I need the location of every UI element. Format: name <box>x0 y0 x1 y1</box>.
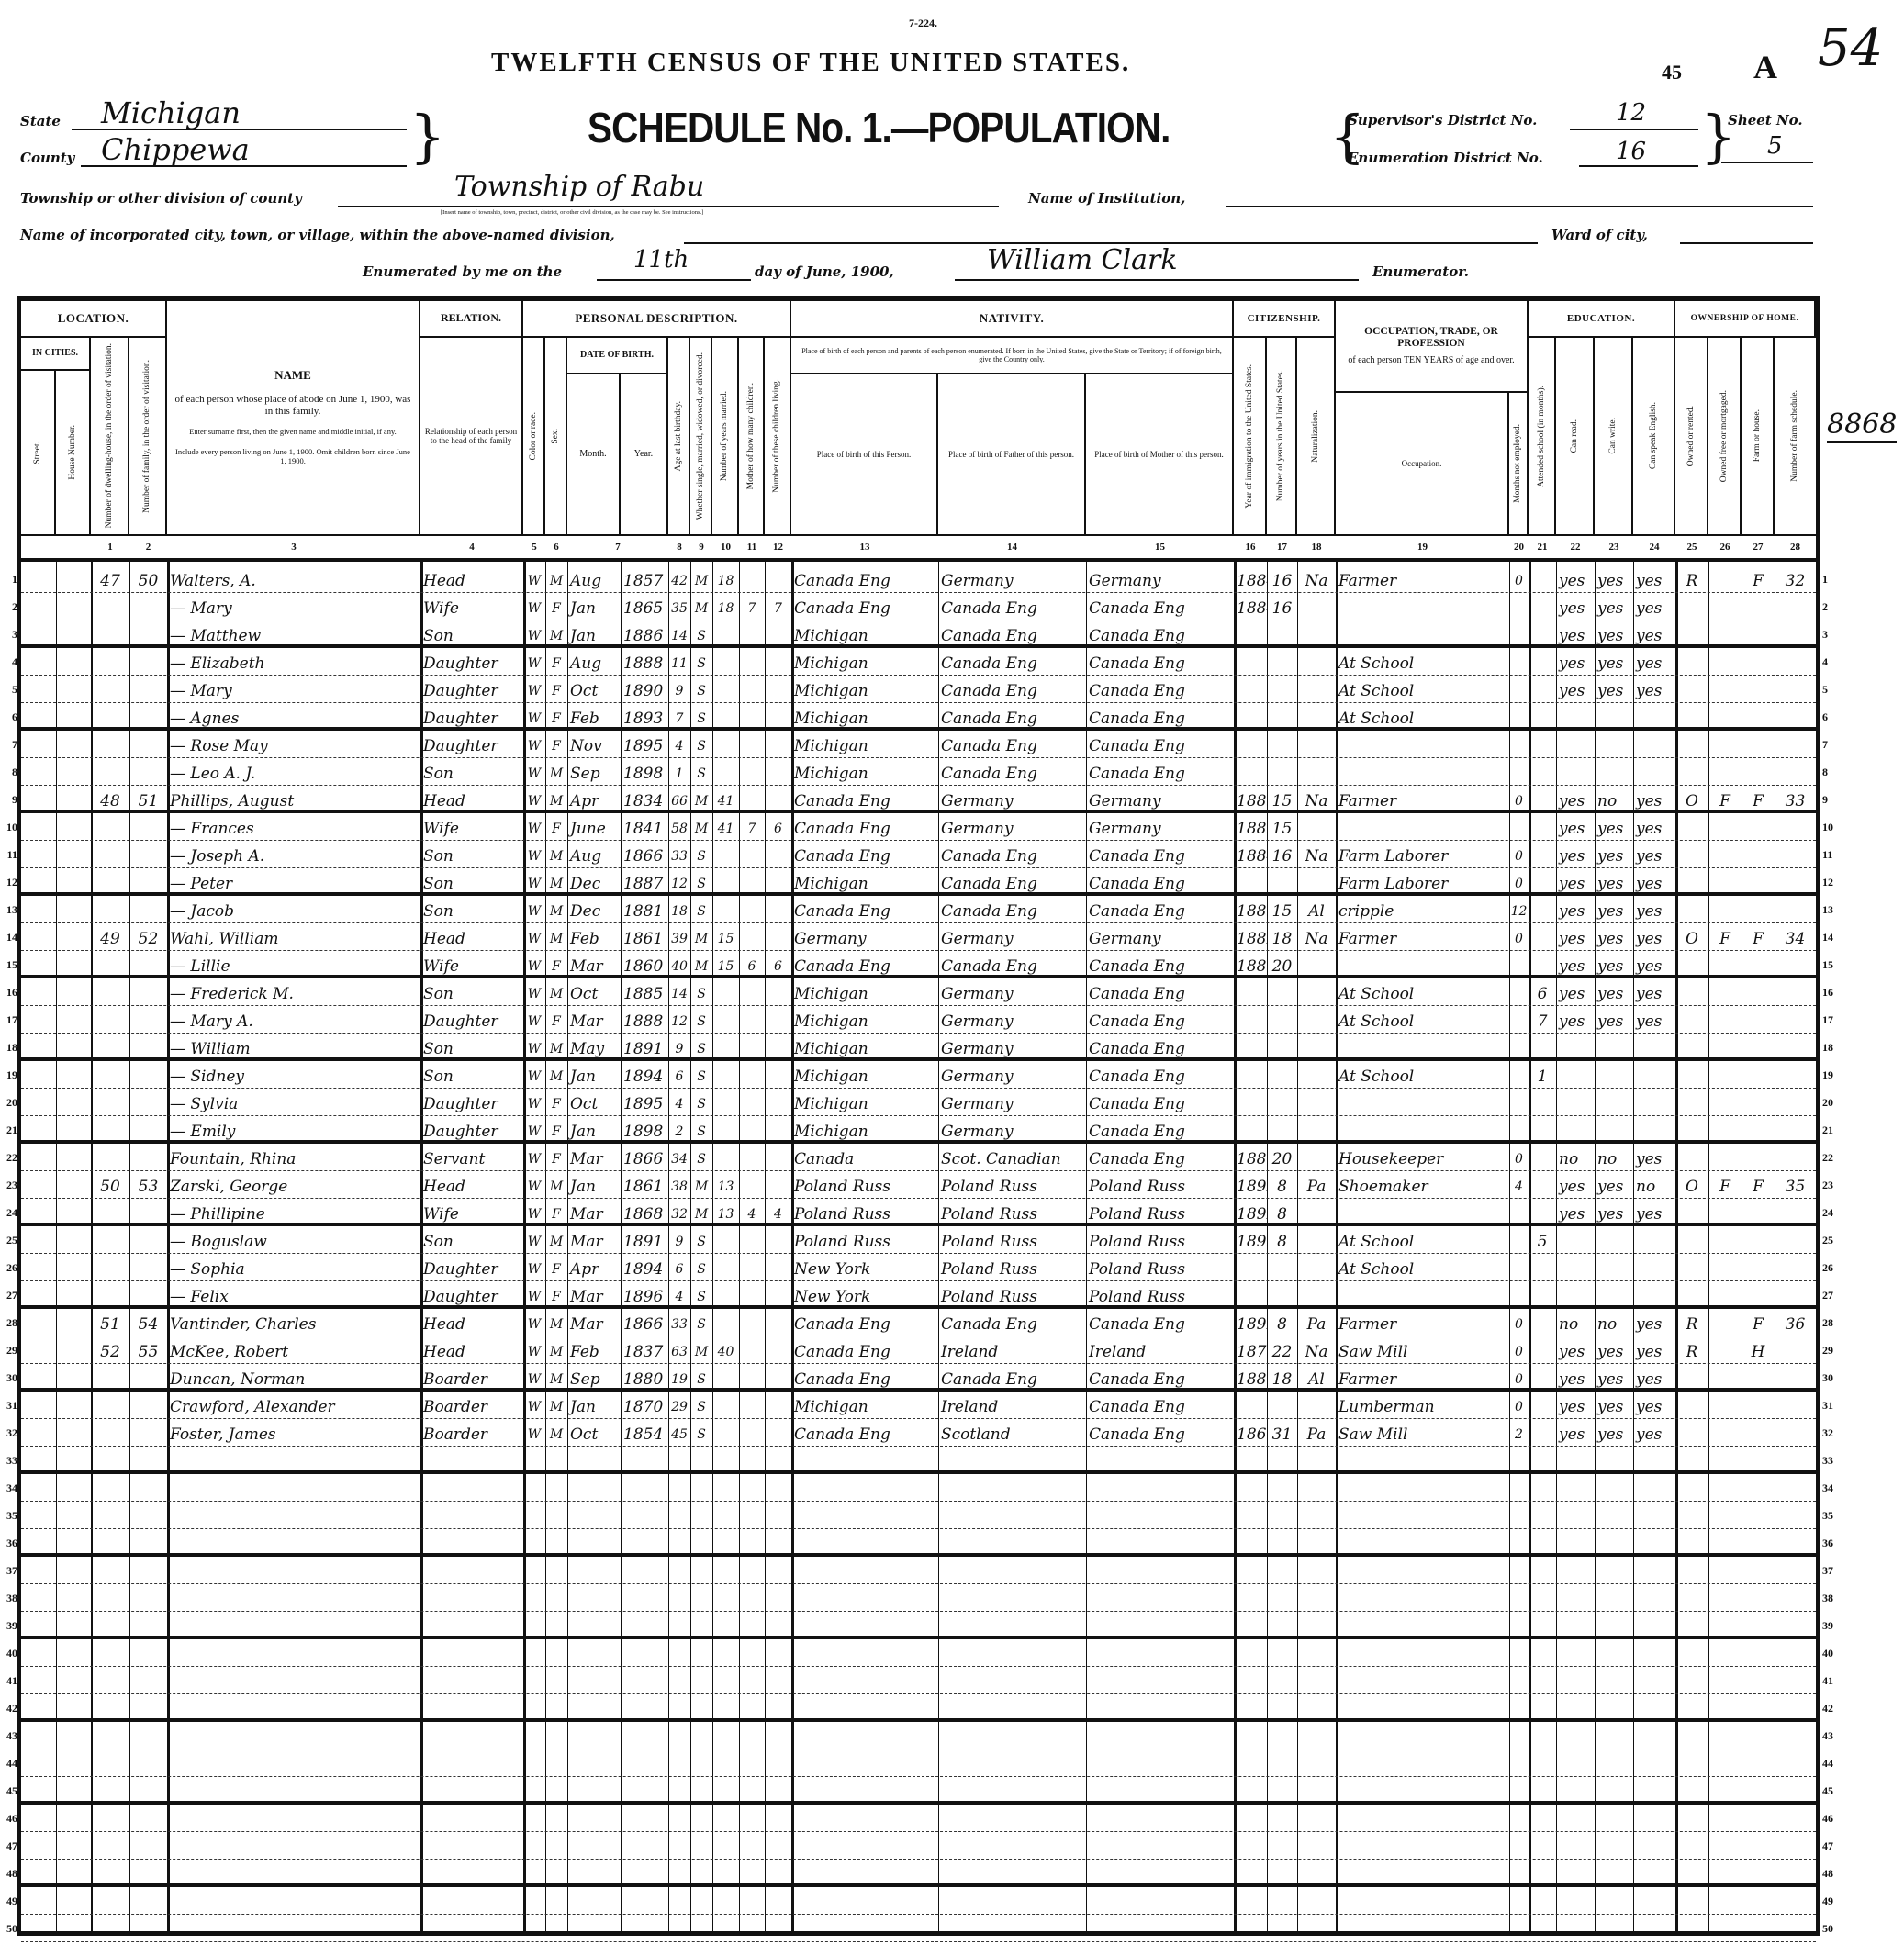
birth-month-cell: Oct <box>567 1419 621 1447</box>
line-number-right: 44 <box>1822 1749 1841 1778</box>
can-write-cell <box>1595 1034 1633 1061</box>
years-in-us-cell <box>1267 1061 1297 1089</box>
years-in-us-cell <box>1267 703 1297 731</box>
family-number-cell <box>129 703 167 731</box>
children-born-cell <box>739 1336 765 1364</box>
years-in-us-cell: 18 <box>1267 1364 1297 1392</box>
age-cell: 4 <box>668 1281 690 1309</box>
owned-rented-cell <box>1675 1667 1708 1694</box>
enumeration-rule <box>1579 165 1698 167</box>
school-months-cell <box>1529 1694 1556 1722</box>
birth-month-cell <box>567 1722 621 1749</box>
table-row: 1919— SidneySonWMJan18946SMichiganGerman… <box>21 1061 1816 1089</box>
can-read-cell: yes <box>1556 1364 1595 1392</box>
birth-year-cell <box>621 1722 668 1749</box>
mother-birthplace-cell <box>1086 1612 1234 1639</box>
years-married-cell <box>712 1144 739 1171</box>
immigration-year-cell: 1885 <box>1234 896 1267 923</box>
children-living-cell <box>765 786 791 813</box>
birth-year-cell: 1896 <box>621 1281 668 1309</box>
children-born-cell <box>739 1777 765 1805</box>
line-number-right: 14 <box>1822 923 1841 952</box>
occupation-cell <box>1336 1667 1509 1694</box>
children-born-cell <box>739 1364 765 1392</box>
years-married-cell <box>712 1061 739 1089</box>
free-mortgaged-cell <box>1708 978 1742 1006</box>
line-number-left: 13 <box>5 896 17 924</box>
farm-house-cell <box>1742 1199 1775 1226</box>
years-married-cell: 41 <box>712 813 739 841</box>
immigration-year-cell <box>1234 1529 1267 1557</box>
farm-schedule-cell <box>1775 1199 1816 1226</box>
farm-schedule-cell <box>1775 1502 1816 1529</box>
children-born-cell: 7 <box>739 593 765 620</box>
can-write-cell <box>1595 1089 1633 1116</box>
birth-year-cell <box>621 1694 668 1722</box>
ward-label: Ward of city, <box>1551 227 1648 243</box>
family-number-cell <box>129 1199 167 1226</box>
marital-status-cell: S <box>690 1061 712 1089</box>
occupation-cell <box>1336 1529 1509 1557</box>
occupation-cell: Farmer <box>1336 565 1509 593</box>
color-cell: W <box>523 1116 545 1144</box>
school-months-cell <box>1529 1171 1556 1199</box>
col-english: Can speak English. <box>1633 338 1675 536</box>
speaks-english-cell: yes <box>1633 1392 1675 1419</box>
birth-month-cell: Mar <box>567 1281 621 1309</box>
mother-birthplace-cell <box>1086 1639 1234 1667</box>
can-read-cell <box>1556 1584 1595 1612</box>
person-name-cell: — Mary <box>167 593 420 620</box>
farm-schedule-cell <box>1775 951 1816 978</box>
school-months-cell <box>1529 1749 1556 1777</box>
table-row: 994851Phillips, AugustHeadWMApr183466M41… <box>21 786 1816 813</box>
immigration-year-cell <box>1234 758 1267 786</box>
birth-month-cell: Mar <box>567 1144 621 1171</box>
children-born-cell: 4 <box>739 1199 765 1226</box>
farm-schedule-cell: 35 <box>1775 1171 1816 1199</box>
age-cell: 12 <box>668 1006 690 1034</box>
occupation-cell <box>1336 1502 1509 1529</box>
marital-status-cell <box>690 1805 712 1832</box>
naturalization-cell <box>1297 1199 1336 1226</box>
can-write-cell: yes <box>1595 1336 1633 1364</box>
occupation-cell: At School <box>1336 978 1509 1006</box>
relation-cell <box>420 1722 523 1749</box>
father-birthplace-cell <box>938 1584 1086 1612</box>
line-number-right: 26 <box>1822 1254 1841 1282</box>
farm-schedule-cell <box>1775 1061 1816 1089</box>
naturalization-cell <box>1297 1887 1336 1915</box>
years-in-us-cell <box>1267 1529 1297 1557</box>
naturalization-cell <box>1297 1144 1336 1171</box>
table-row: 3131Crawford, AlexanderBoarderWMJan18702… <box>21 1392 1816 1419</box>
relation-cell <box>420 1749 523 1777</box>
years-married-cell <box>712 758 739 786</box>
family-number-cell <box>129 1667 167 1694</box>
dwelling-number-cell <box>91 1281 129 1309</box>
birth-month-cell: Sep <box>567 758 621 786</box>
father-birthplace-cell: Poland Russ <box>938 1226 1086 1254</box>
birth-month-cell: Jan <box>567 1061 621 1089</box>
years-in-us-cell: 15 <box>1267 813 1297 841</box>
speaks-english-cell: yes <box>1633 1336 1675 1364</box>
can-read-cell <box>1556 1722 1595 1749</box>
birth-month-cell: Aug <box>567 565 621 593</box>
table-row: 114750Walters, A.HeadWMAug185742M18Canad… <box>21 565 1816 593</box>
months-unemployed-cell: 0 <box>1509 1336 1529 1364</box>
farm-house-cell: F <box>1742 923 1775 951</box>
column-number-row: 1 2 3 4 5 6 7 8 9 10 11 12 13 14 15 16 1… <box>21 536 1816 562</box>
col-read: Can read. <box>1556 338 1595 536</box>
sex-cell: F <box>545 648 567 676</box>
birth-year-cell <box>621 1832 668 1860</box>
birth-year-cell <box>621 1887 668 1915</box>
group-personal-description: PERSONAL DESCRIPTION. <box>523 301 791 338</box>
free-mortgaged-cell <box>1708 1667 1742 1694</box>
mother-birthplace-cell: Poland Russ <box>1086 1171 1234 1199</box>
relation-cell: Head <box>420 923 523 951</box>
children-living-cell <box>765 1226 791 1254</box>
birth-year-cell: 1866 <box>621 1144 668 1171</box>
mother-birthplace-cell <box>1086 1749 1234 1777</box>
township-label: Township or other division of county <box>20 190 302 207</box>
can-write-cell: no <box>1595 1144 1633 1171</box>
color-cell <box>523 1612 545 1639</box>
school-months-cell <box>1529 731 1556 758</box>
occupation-cell <box>1336 1557 1509 1584</box>
color-cell: W <box>523 758 545 786</box>
school-months-cell <box>1529 1474 1556 1502</box>
school-months-cell <box>1529 1364 1556 1392</box>
table-row: 1818— WilliamSonWMMay18919SMichiganGerma… <box>21 1034 1816 1061</box>
months-unemployed-cell <box>1509 593 1529 620</box>
months-unemployed-cell: 0 <box>1509 868 1529 896</box>
birth-month-cell: Apr <box>567 1254 621 1281</box>
naturalization-cell <box>1297 1447 1336 1474</box>
table-row: 2626— SophiaDaughterWFApr18946SNew YorkP… <box>21 1254 1816 1281</box>
children-living-cell <box>765 1034 791 1061</box>
can-write-cell: yes <box>1595 923 1633 951</box>
birth-month-cell <box>567 1474 621 1502</box>
speaks-english-cell: yes <box>1633 923 1675 951</box>
group-education: EDUCATION. <box>1529 301 1675 338</box>
birth-year-cell: 1894 <box>621 1061 668 1089</box>
can-write-cell: yes <box>1595 813 1633 841</box>
owned-rented-cell <box>1675 1447 1708 1474</box>
table-row: 3030Duncan, NormanBoarderWMSep188019SCan… <box>21 1364 1816 1392</box>
col-farm-schedule: Number of farm schedule. <box>1775 338 1816 536</box>
person-name-cell: — Rose May <box>167 731 420 758</box>
sheet-label: Sheet No. <box>1728 112 1803 129</box>
relation-cell: Boarder <box>420 1364 523 1392</box>
mother-birthplace-cell: Canada Eng <box>1086 703 1234 731</box>
age-cell: 4 <box>668 1089 690 1116</box>
father-birthplace-cell: Canada Eng <box>938 620 1086 648</box>
table-row: 2121— EmilyDaughterWFJan18982SMichiganGe… <box>21 1116 1816 1144</box>
birth-month-cell <box>567 1805 621 1832</box>
family-number-cell <box>129 1502 167 1529</box>
father-birthplace-cell <box>938 1722 1086 1749</box>
col-name: NAME of each person whose place of abode… <box>167 301 420 536</box>
age-cell: 38 <box>668 1171 690 1199</box>
relation-cell <box>420 1777 523 1805</box>
can-write-cell <box>1595 1557 1633 1584</box>
person-name-cell: Vantinder, Charles <box>167 1309 420 1336</box>
months-unemployed-cell <box>1509 758 1529 786</box>
relation-cell: Son <box>420 868 523 896</box>
children-born-cell <box>739 703 765 731</box>
speaks-english-cell: yes <box>1633 841 1675 868</box>
children-living-cell: 6 <box>765 813 791 841</box>
person-name-cell <box>167 1557 420 1584</box>
school-months-cell <box>1529 896 1556 923</box>
naturalization-cell: Pa <box>1297 1419 1336 1447</box>
father-birthplace-cell <box>938 1667 1086 1694</box>
months-unemployed-cell <box>1509 1860 1529 1887</box>
table-row: 29295255McKee, RobertHeadWMFeb183763M40C… <box>21 1336 1816 1364</box>
can-read-cell: yes <box>1556 676 1595 703</box>
color-cell: W <box>523 1364 545 1392</box>
color-cell <box>523 1639 545 1667</box>
school-months-cell <box>1529 813 1556 841</box>
marital-status-cell: M <box>690 1199 712 1226</box>
immigration-year-cell: 1882 <box>1234 923 1267 951</box>
marital-status-cell: S <box>690 1116 712 1144</box>
birthplace-cell <box>791 1447 938 1474</box>
years-in-us-cell <box>1267 1777 1297 1805</box>
mother-birthplace-cell <box>1086 1860 1234 1887</box>
mother-birthplace-cell: Canada Eng <box>1086 868 1234 896</box>
father-birthplace-cell: Canada Eng <box>938 1364 1086 1392</box>
birthplace-cell: Canada Eng <box>791 786 938 813</box>
years-married-cell <box>712 620 739 648</box>
mother-birthplace-cell <box>1086 1584 1234 1612</box>
birth-year-cell: 1891 <box>621 1226 668 1254</box>
years-in-us-cell <box>1267 868 1297 896</box>
sex-cell: F <box>545 951 567 978</box>
family-number-cell <box>129 1860 167 1887</box>
color-cell: W <box>523 1226 545 1254</box>
occupation-cell: Shoemaker <box>1336 1171 1509 1199</box>
can-read-cell <box>1556 1034 1595 1061</box>
owned-rented-cell <box>1675 593 1708 620</box>
years-married-cell <box>712 1887 739 1915</box>
line-number-left: 2 <box>5 593 17 621</box>
speaks-english-cell <box>1633 1557 1675 1584</box>
father-birthplace-cell: Canada Eng <box>938 731 1086 758</box>
occupation-cell: Housekeeper <box>1336 1144 1509 1171</box>
years-in-us-cell: 31 <box>1267 1419 1297 1447</box>
person-name-cell: Crawford, Alexander <box>167 1392 420 1419</box>
col-marital: Whether single, married, widowed, or div… <box>690 338 712 536</box>
school-months-cell <box>1529 1915 1556 1942</box>
farm-house-cell <box>1742 703 1775 731</box>
school-months-cell: 6 <box>1529 978 1556 1006</box>
person-name-cell <box>167 1584 420 1612</box>
family-number-cell <box>129 1089 167 1116</box>
school-months-cell <box>1529 1832 1556 1860</box>
father-birthplace-cell: Canada Eng <box>938 1309 1086 1336</box>
children-living-cell <box>765 758 791 786</box>
occupation-cell: Farm Laborer <box>1336 841 1509 868</box>
occupation-cell <box>1336 1034 1509 1061</box>
occupation-cell <box>1336 1860 1509 1887</box>
speaks-english-cell: yes <box>1633 620 1675 648</box>
dwelling-number-cell <box>91 731 129 758</box>
color-cell: W <box>523 1006 545 1034</box>
months-unemployed-cell <box>1509 1116 1529 1144</box>
months-unemployed-cell <box>1509 978 1529 1006</box>
col-naturalization: Naturalization. <box>1297 338 1336 536</box>
line-number-right: 9 <box>1822 786 1841 814</box>
immigration-year-cell <box>1234 648 1267 676</box>
occupation-cell <box>1336 1887 1509 1915</box>
marital-status-cell <box>690 1722 712 1749</box>
children-born-cell <box>739 1694 765 1722</box>
color-cell <box>523 1447 545 1474</box>
farm-house-cell <box>1742 1860 1775 1887</box>
relation-cell <box>420 1529 523 1557</box>
school-months-cell <box>1529 1584 1556 1612</box>
years-in-us-cell: 8 <box>1267 1226 1297 1254</box>
color-cell <box>523 1887 545 1915</box>
line-number-right: 28 <box>1822 1309 1841 1337</box>
father-birthplace-cell: Poland Russ <box>938 1171 1086 1199</box>
sex-cell <box>545 1447 567 1474</box>
can-read-cell <box>1556 1915 1595 1942</box>
mother-birthplace-cell <box>1086 1694 1234 1722</box>
children-born-cell <box>739 620 765 648</box>
birth-year-cell: 1881 <box>621 896 668 923</box>
immigration-year-cell <box>1234 1281 1267 1309</box>
line-number-right: 21 <box>1822 1116 1841 1145</box>
can-write-cell: yes <box>1595 1392 1633 1419</box>
marital-status-cell <box>690 1915 712 1942</box>
line-number-right: 31 <box>1822 1392 1841 1420</box>
relation-cell: Son <box>420 896 523 923</box>
can-write-cell: yes <box>1595 593 1633 620</box>
speaks-english-cell <box>1633 1749 1675 1777</box>
immigration-year-cell <box>1234 1034 1267 1061</box>
marital-status-cell <box>690 1667 712 1694</box>
free-mortgaged-cell <box>1708 1254 1742 1281</box>
months-unemployed-cell <box>1509 1557 1529 1584</box>
line-number-right: 37 <box>1822 1557 1841 1585</box>
dwelling-number-cell <box>91 1777 129 1805</box>
years-in-us-cell <box>1267 1584 1297 1612</box>
age-cell <box>668 1887 690 1915</box>
birth-year-cell <box>621 1915 668 1942</box>
family-number-cell: 51 <box>129 786 167 813</box>
can-write-cell <box>1595 1584 1633 1612</box>
naturalization-cell <box>1297 1502 1336 1529</box>
father-birthplace-cell: Germany <box>938 786 1086 813</box>
children-born-cell: 7 <box>739 813 765 841</box>
color-cell: W <box>523 1144 545 1171</box>
color-cell: W <box>523 1281 545 1309</box>
children-born-cell <box>739 731 765 758</box>
col-sex: Sex. <box>545 338 567 536</box>
children-living-cell <box>765 731 791 758</box>
line-number-right: 45 <box>1822 1777 1841 1805</box>
dwelling-number-cell <box>91 1502 129 1529</box>
line-number-right: 46 <box>1822 1805 1841 1833</box>
naturalization-cell <box>1297 1226 1336 1254</box>
person-name-cell <box>167 1777 420 1805</box>
children-born-cell <box>739 1667 765 1694</box>
occupation-cell <box>1336 758 1509 786</box>
sex-cell: F <box>545 1089 567 1116</box>
sex-cell: M <box>545 1034 567 1061</box>
birth-year-cell: 1837 <box>621 1336 668 1364</box>
can-write-cell: no <box>1595 786 1633 813</box>
speaks-english-cell: yes <box>1633 1144 1675 1171</box>
birth-month-cell: Jan <box>567 1116 621 1144</box>
person-name-cell: — Sylvia <box>167 1089 420 1116</box>
naturalization-cell <box>1297 1557 1336 1584</box>
line-number-left: 50 <box>5 1915 17 1943</box>
marital-status-cell <box>690 1447 712 1474</box>
immigration-year-cell <box>1234 1639 1267 1667</box>
mother-birthplace-cell <box>1086 1474 1234 1502</box>
immigration-year-cell <box>1234 676 1267 703</box>
months-unemployed-cell <box>1509 620 1529 648</box>
school-months-cell <box>1529 1419 1556 1447</box>
birth-month-cell: Oct <box>567 1089 621 1116</box>
line-number-left: 26 <box>5 1254 17 1282</box>
mother-birthplace-cell: Canada Eng <box>1086 1144 1234 1171</box>
age-cell <box>668 1612 690 1639</box>
color-cell: W <box>523 1419 545 1447</box>
farm-schedule-cell <box>1775 1034 1816 1061</box>
dwelling-number-cell: 52 <box>91 1336 129 1364</box>
mother-birthplace-cell: Canada Eng <box>1086 1006 1234 1034</box>
immigration-year-cell: 1892 <box>1234 1171 1267 1199</box>
sex-cell: M <box>545 1226 567 1254</box>
immigration-year-cell: 1869 <box>1234 1419 1267 1447</box>
relation-cell: Wife <box>420 951 523 978</box>
school-months-cell <box>1529 593 1556 620</box>
children-living-cell <box>765 1805 791 1832</box>
naturalization-cell <box>1297 676 1336 703</box>
person-name-cell: — Mary A. <box>167 1006 420 1034</box>
can-read-cell: yes <box>1556 978 1595 1006</box>
free-mortgaged-cell <box>1708 593 1742 620</box>
occupation-cell <box>1336 620 1509 648</box>
children-born-cell <box>739 1612 765 1639</box>
can-write-cell <box>1595 1529 1633 1557</box>
birth-year-cell: 1866 <box>621 1309 668 1336</box>
farm-house-cell: F <box>1742 1309 1775 1336</box>
birth-month-cell: Nov <box>567 731 621 758</box>
children-born-cell <box>739 896 765 923</box>
children-living-cell <box>765 620 791 648</box>
naturalization-cell <box>1297 1584 1336 1612</box>
dwelling-number-cell <box>91 1419 129 1447</box>
person-name-cell: — Sidney <box>167 1061 420 1089</box>
farm-schedule-cell <box>1775 1777 1816 1805</box>
children-born-cell <box>739 676 765 703</box>
years-married-cell <box>712 841 739 868</box>
family-number-cell <box>129 978 167 1006</box>
marital-status-cell: M <box>690 565 712 593</box>
school-months-cell <box>1529 1639 1556 1667</box>
mother-birthplace-cell <box>1086 1557 1234 1584</box>
free-mortgaged-cell <box>1708 1199 1742 1226</box>
children-living-cell <box>765 841 791 868</box>
speaks-english-cell <box>1633 1584 1675 1612</box>
